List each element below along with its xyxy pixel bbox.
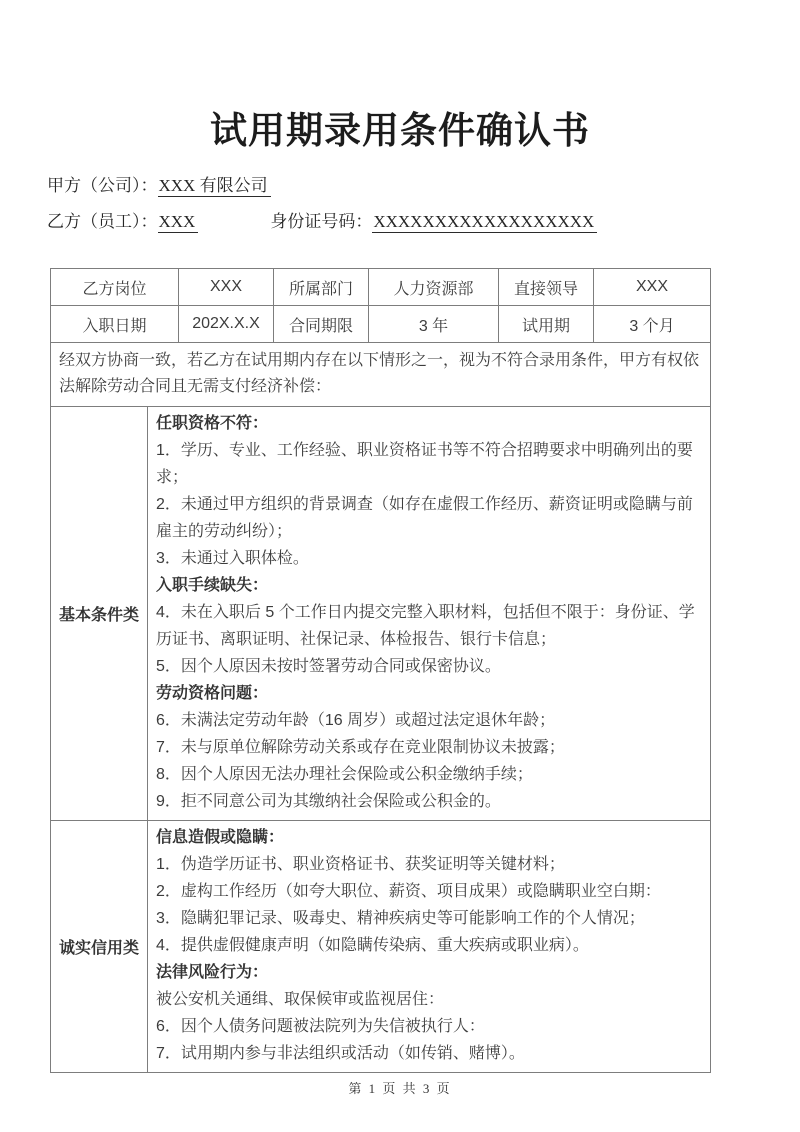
conditions-category-table: 基本条件类 任职资格不符： 1．学历、专业、工作经验、职业资格证书等不符合招聘要… [50,406,711,1073]
block-heading: 入职手续缺失： [156,572,702,599]
category-honesty-content: 信息造假或隐瞒： 1．伪造学历证书、职业资格证书、获奖证明等关键材料； 2．虚构… [148,821,711,1073]
list-item: 7．未与原单位解除劳动关系或存在竞业限制协议未披露； [156,734,702,761]
table-row: 经双方协商一致，若乙方在试用期内存在以下情形之一，视为不符合录用条件，甲方有权依… [51,343,711,407]
block-heading: 任职资格不符： [156,410,702,437]
list-item: 6．因个人债务问题被法院列为失信被执行人： [156,1013,702,1040]
list-item: 被公安机关通缉、取保候审或监视居住： [156,986,702,1013]
list-item: 6．未满法定劳动年龄（16 周岁）或超过法定退休年龄； [156,707,702,734]
parties-section: 甲方（公司）：XXX 有限公司 乙方（员工）：XXX身份证号码：XXXXXXXX… [47,174,800,234]
party-a-value: XXX 有限公司 [158,176,271,197]
block-heading: 劳动资格问题： [156,680,702,707]
table-row: 基本条件类 任职资格不符： 1．学历、专业、工作经验、职业资格证书等不符合招聘要… [51,407,711,821]
cell-department-label: 所属部门 [274,269,369,306]
list-item: 2．未通过甲方组织的背景调查（如存在虚假工作经历、薪资证明或隐瞒与前雇主的劳动纠… [156,491,702,545]
list-item: 3．未通过入职体检。 [156,545,702,572]
list-item: 1．学历、专业、工作经验、职业资格证书等不符合招聘要求中明确列出的要求； [156,437,702,491]
cell-supervisor-label: 直接领导 [499,269,594,306]
table-row: 入职日期 202X.X.X 合同期限 3 年 试用期 3 个月 [51,306,711,343]
cell-hire-date-value: 202X.X.X [179,306,274,343]
conditions-table-wrap: 乙方岗位 XXX 所属部门 人力资源部 直接领导 XXX 入职日期 202X.X… [50,268,710,1073]
table-row: 乙方岗位 XXX 所属部门 人力资源部 直接领导 XXX [51,269,711,306]
cell-contract-term-value: 3 年 [369,306,499,343]
list-item: 5．因个人原因未按时签署劳动合同或保密协议。 [156,653,702,680]
block-heading: 法律风险行为： [156,959,702,986]
party-b-line: 乙方（员工）：XXX身份证号码：XXXXXXXXXXXXXXXXXX [47,210,800,234]
category-basic-label: 基本条件类 [51,407,148,821]
id-number-label: 身份证号码： [270,212,372,231]
employment-info-table: 乙方岗位 XXX 所属部门 人力资源部 直接领导 XXX 入职日期 202X.X… [50,268,711,407]
id-number-value: XXXXXXXXXXXXXXXXXX [372,212,597,233]
list-item: 7．试用期内参与非法组织或活动（如传销、赌博）。 [156,1040,702,1067]
party-a-label: 甲方（公司）： [47,176,158,195]
list-item: 1．伪造学历证书、职业资格证书、获奖证明等关键材料； [156,851,702,878]
cell-position-value: XXX [179,269,274,306]
agreement-notice: 经双方协商一致，若乙方在试用期内存在以下情形之一，视为不符合录用条件，甲方有权依… [51,343,711,407]
cell-probation-label: 试用期 [499,306,594,343]
list-item: 4．未在入职后 5 个工作日内提交完整入职材料，包括但不限于：身份证、学历证书、… [156,599,702,653]
page-title: 试用期录用条件确认书 [0,0,800,154]
document-page: 试用期录用条件确认书 甲方（公司）：XXX 有限公司 乙方（员工）：XXX身份证… [0,0,800,1132]
category-basic-content: 任职资格不符： 1．学历、专业、工作经验、职业资格证书等不符合招聘要求中明确列出… [148,407,711,821]
cell-hire-date-label: 入职日期 [51,306,179,343]
party-b-value: XXX [158,212,199,233]
cell-supervisor-value: XXX [594,269,711,306]
cell-department-value: 人力资源部 [369,269,499,306]
party-b-label: 乙方（员工）： [47,212,158,231]
page-number-footer: 第 1 页 共 3 页 [0,1078,800,1097]
party-a-line: 甲方（公司）：XXX 有限公司 [47,174,800,198]
cell-probation-value: 3 个月 [594,306,711,343]
cell-position-label: 乙方岗位 [51,269,179,306]
table-row: 诚实信用类 信息造假或隐瞒： 1．伪造学历证书、职业资格证书、获奖证明等关键材料… [51,821,711,1073]
block-heading: 信息造假或隐瞒： [156,824,702,851]
list-item: 3．隐瞒犯罪记录、吸毒史、精神疾病史等可能影响工作的个人情况； [156,905,702,932]
list-item: 4．提供虚假健康声明（如隐瞒传染病、重大疾病或职业病）。 [156,932,702,959]
list-item: 8．因个人原因无法办理社会保险或公积金缴纳手续； [156,761,702,788]
cell-contract-term-label: 合同期限 [274,306,369,343]
list-item: 2．虚构工作经历（如夸大职位、薪资、项目成果）或隐瞒职业空白期： [156,878,702,905]
list-item: 9．拒不同意公司为其缴纳社会保险或公积金的。 [156,788,702,815]
category-honesty-label: 诚实信用类 [51,821,148,1073]
